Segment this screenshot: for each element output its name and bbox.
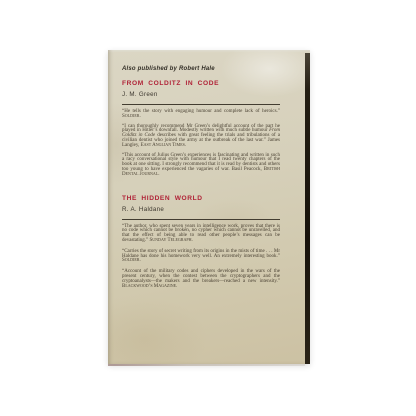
quote-segment: “This account of Julius Green’s experien… [122, 153, 280, 172]
section-title-from-colditz-in-code: FROM COLDITZ IN CODE [122, 80, 280, 88]
cover-text-column: Also published by Robert Hale FROM COLDI… [122, 66, 280, 289]
quote-segment: Blackwood’s Magazine. [122, 284, 177, 289]
section-title-the-hidden-world: THE HIDDEN WORLD [122, 195, 280, 203]
quote-segment: Soldier. [122, 258, 141, 263]
review-quote: “This account of Julius Green’s experien… [122, 154, 280, 178]
review-quote: “He tells the story with engaging humour… [122, 110, 280, 120]
publisher-note: Also published by Robert Hale [122, 66, 280, 73]
review-quote: “I can thoroughly recommend Mr Green’s d… [122, 125, 280, 149]
review-quote: “The author, who spent seven years in in… [122, 225, 280, 244]
section-author-green: J. M. Green [122, 91, 280, 98]
book-bottom-edge [108, 364, 305, 366]
divider-rule [122, 219, 280, 220]
quote-segment: Soldier. [122, 114, 141, 119]
quote-segment: “I can thoroughly recommend Mr Green’s d… [122, 124, 280, 134]
book-spine-edge [305, 53, 310, 364]
quote-segment: “The author, who spent seven years in in… [122, 224, 280, 243]
quote-segment: “Carries the story of secret writing fro… [122, 249, 280, 259]
quote-segment: East Anglian Times. [141, 143, 187, 148]
photo-background: Also published by Robert Hale FROM COLDI… [0, 0, 416, 416]
quote-segment: “He tells the story with engaging humour… [122, 109, 280, 114]
quote-segment: Sunday Telegraph. [150, 238, 193, 243]
divider-rule [122, 104, 280, 105]
section-author-haldane: R. A. Haldane [122, 206, 280, 213]
book-back-cover: Also published by Robert Hale FROM COLDI… [108, 50, 310, 364]
quote-segment: “Account of the military codes and ciphe… [122, 269, 280, 284]
review-quote: “Carries the story of secret writing fro… [122, 250, 280, 264]
review-quote: “Account of the military codes and ciphe… [122, 270, 280, 289]
